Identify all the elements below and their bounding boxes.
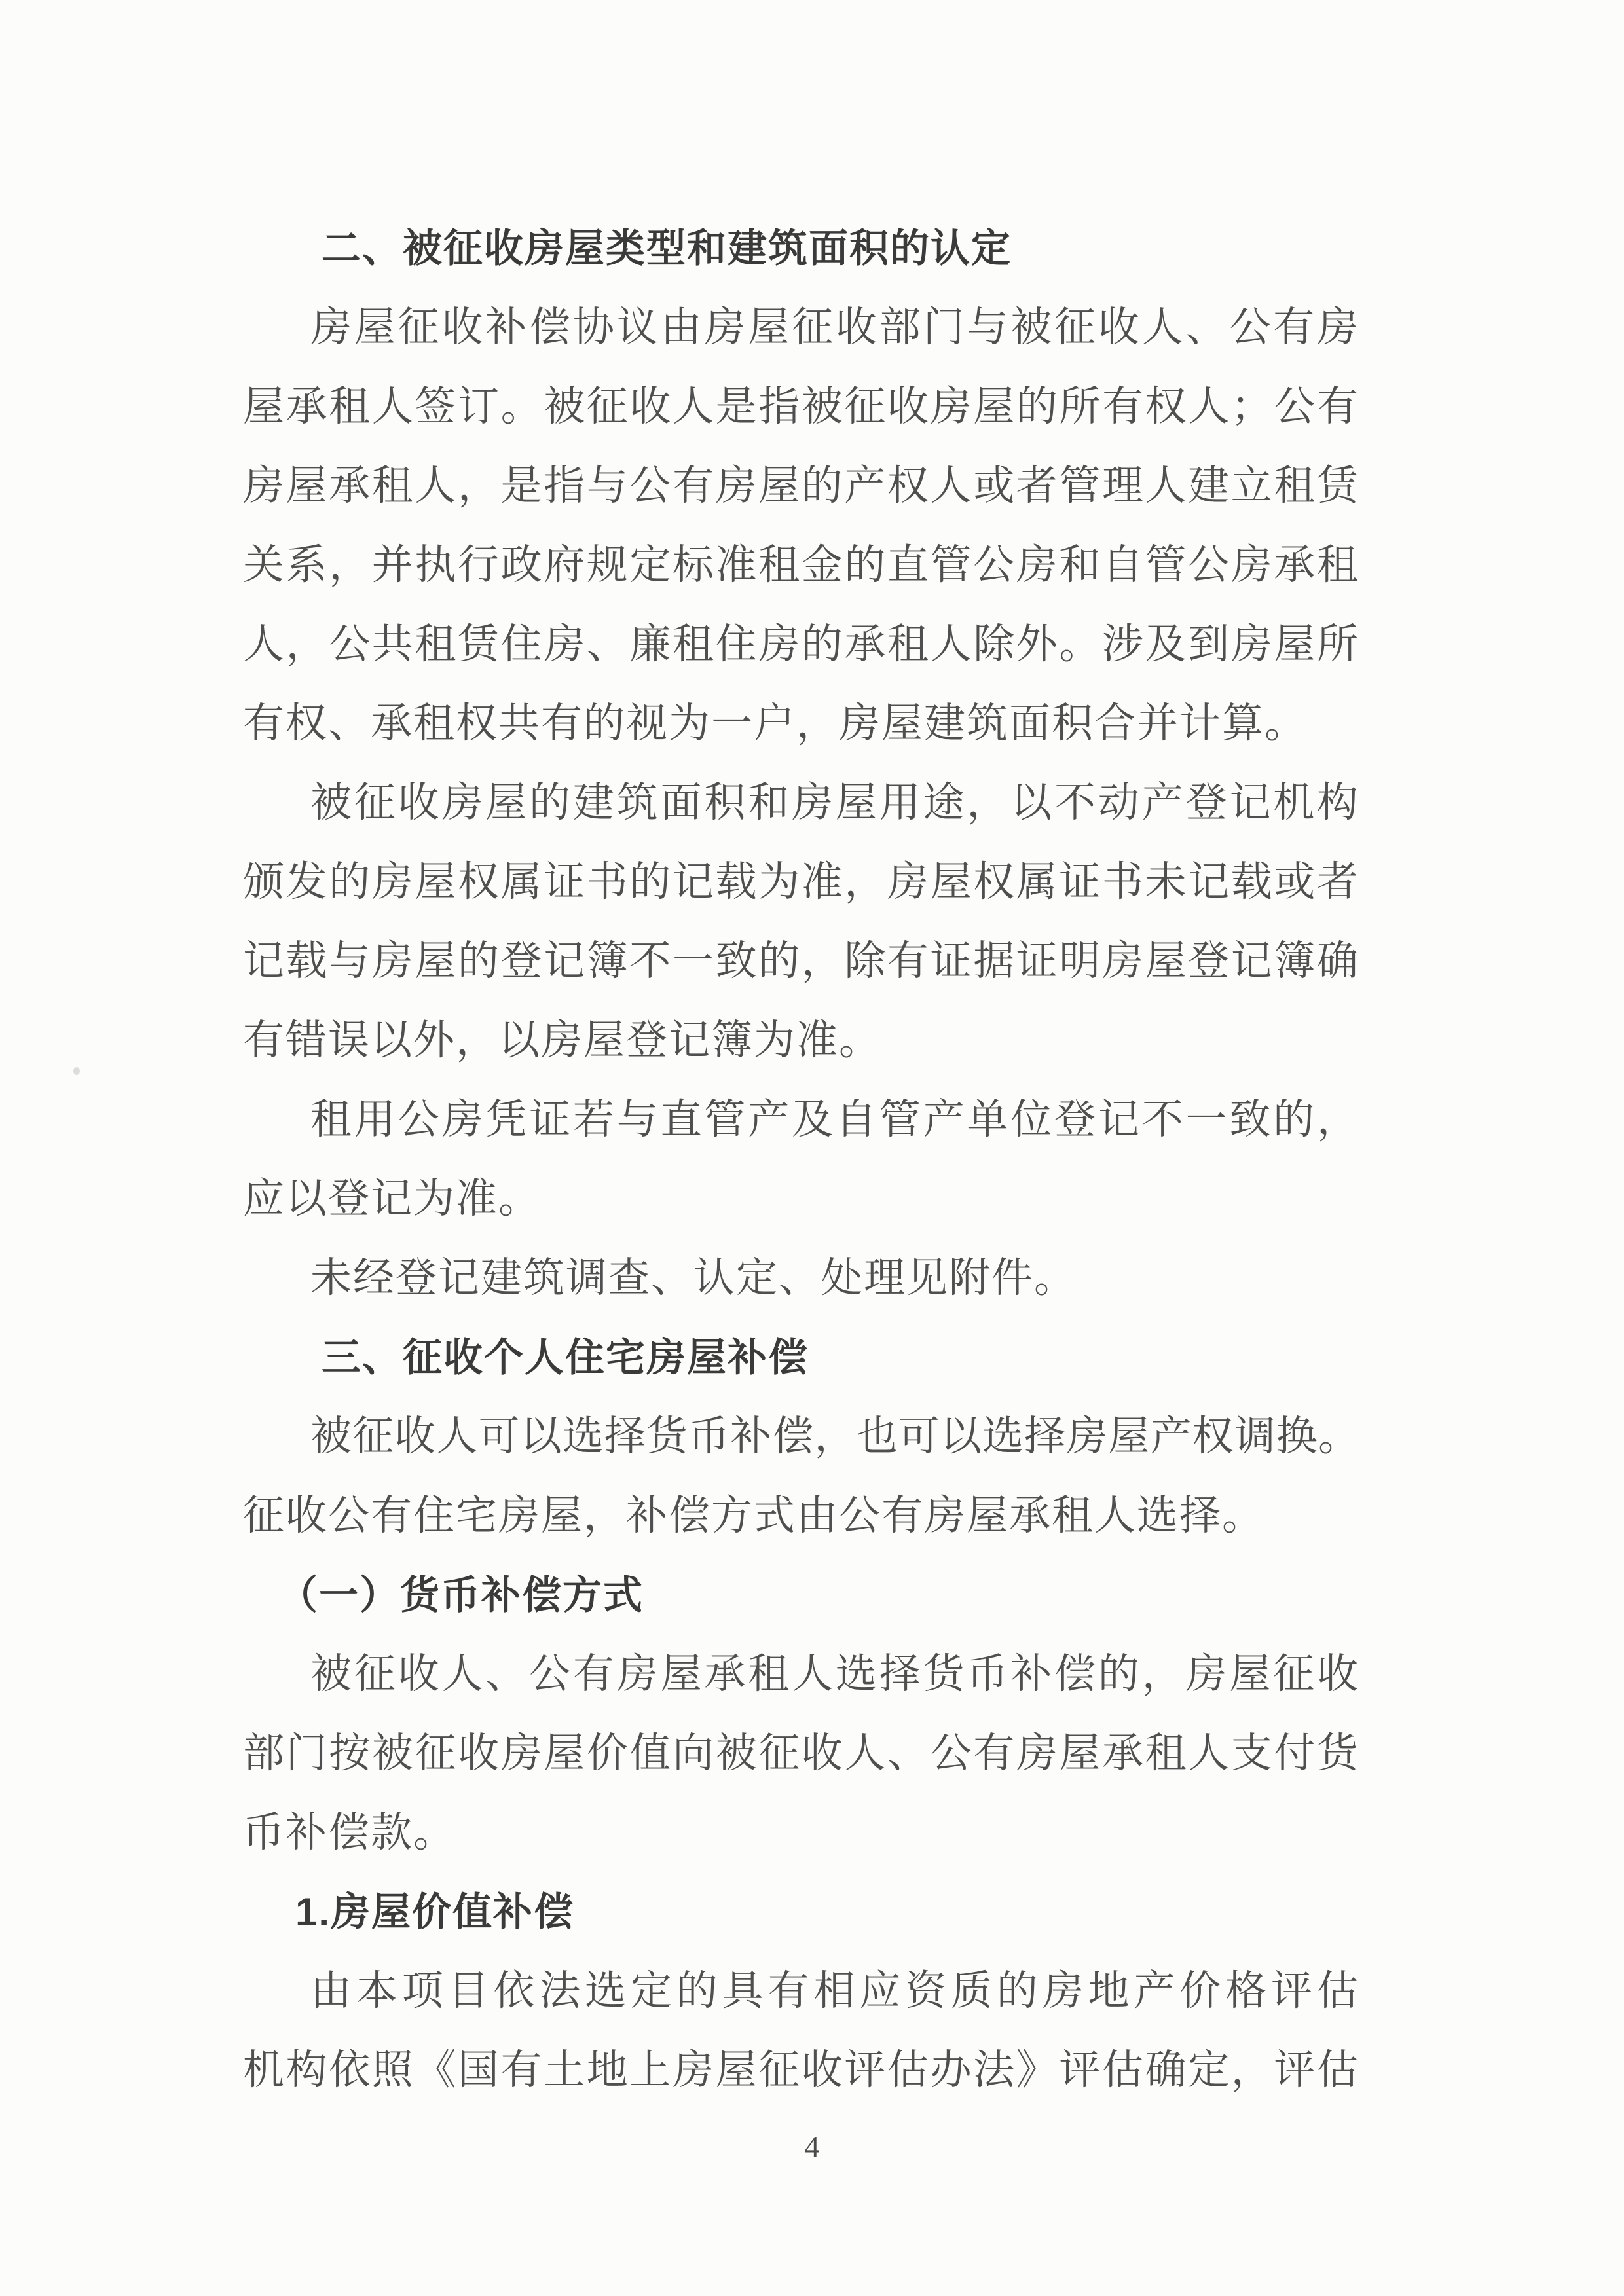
paragraph-line: 有错误以外，以房屋登记簿为准。 xyxy=(243,1001,1359,1080)
scan-speck xyxy=(73,1067,80,1075)
paragraph-line: 租用公房凭证若与直管产及自管产单位登记不一致的， xyxy=(243,1080,1359,1159)
paragraph-line: 被征收房屋的建筑面积和房屋用途，以不动产登记机构 xyxy=(243,763,1359,843)
paragraph-line: 未经登记建筑调查、认定、处理见附件。 xyxy=(243,1239,1359,1318)
paragraph-line: 记载与房屋的登记簿不一致的，除有证据证明房屋登记簿确 xyxy=(243,922,1359,1001)
subsection-heading: （一）货币补偿方式 xyxy=(243,1556,1359,1635)
section-heading-2: 二、被征收房屋类型和建筑面积的认定 xyxy=(243,209,1359,288)
paragraph-line: 币补偿款。 xyxy=(243,1793,1359,1872)
page-number: 4 xyxy=(805,2130,820,2163)
paragraph-line: 应以登记为准。 xyxy=(243,1159,1359,1239)
page-footer: 4 xyxy=(0,2125,1624,2168)
paragraph-line: 被征收人可以选择货币补偿，也可以选择房屋产权调换。 xyxy=(243,1397,1359,1476)
paragraph-line: 颁发的房屋权属证书的记载为准，房屋权属证书未记载或者 xyxy=(243,843,1359,922)
page-content: 二、被征收房屋类型和建筑面积的认定 房屋征收补偿协议由房屋征收部门与被征收人、公… xyxy=(243,209,1359,2110)
paragraph-line: 由本项目依法选定的具有相应资质的房地产价格评估 xyxy=(243,1952,1359,2031)
paragraph-line: 屋承租人签订。被征收人是指被征收房屋的所有权人；公有 xyxy=(243,367,1359,446)
paragraph-line: 机构依照《国有土地上房屋征收评估办法》评估确定，评估 xyxy=(243,2031,1359,2110)
paragraph-line: 征收公有住宅房屋，补偿方式由公有房屋承租人选择。 xyxy=(243,1476,1359,1556)
document-page: 二、被征收房屋类型和建筑面积的认定 房屋征收补偿协议由房屋征收部门与被征收人、公… xyxy=(0,0,1624,2296)
paragraph-line: 关系，并执行政府规定标准租金的直管公房和自管公房承租 xyxy=(243,526,1359,605)
paragraph-line: 部门按被征收房屋价值向被征收人、公有房屋承租人支付货 xyxy=(243,1714,1359,1793)
section-heading-3: 三、征收个人住宅房屋补偿 xyxy=(243,1318,1359,1397)
paragraph-line: 房屋征收补偿协议由房屋征收部门与被征收人、公有房 xyxy=(243,288,1359,367)
paragraph-line: 人，公共租赁住房、廉租住房的承租人除外。涉及到房屋所 xyxy=(243,605,1359,684)
paragraph-line: 房屋承租人，是指与公有房屋的产权人或者管理人建立租赁 xyxy=(243,446,1359,526)
paragraph-line: 有权、承租权共有的视为一户，房屋建筑面积合并计算。 xyxy=(243,684,1359,763)
paragraph-line: 被征收人、公有房屋承租人选择货币补偿的，房屋征收 xyxy=(243,1635,1359,1714)
item-heading: 1.房屋价值补偿 xyxy=(243,1872,1359,1952)
